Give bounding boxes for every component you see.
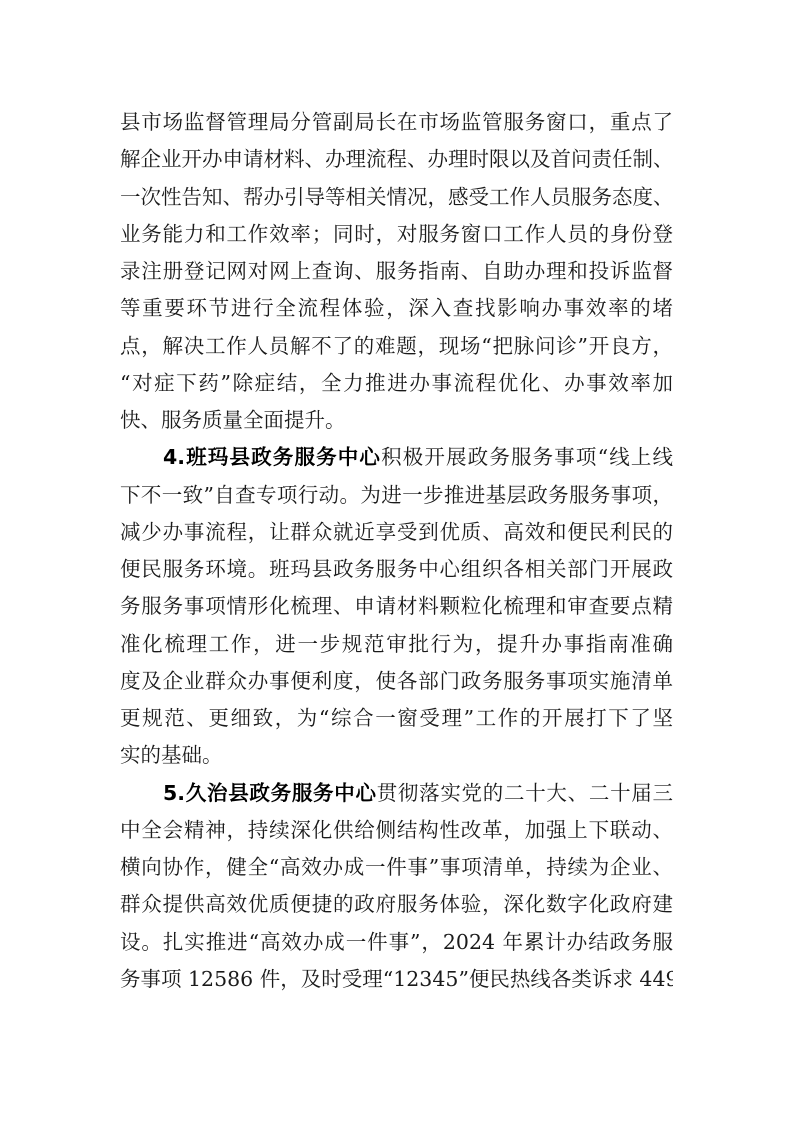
- text-line: 减少办事流程，让群众就近享受到优质、高效和便民利民的: [120, 514, 673, 551]
- body-text: 县市场监督管理局分管副局长在市场监管服务窗口，重点了 解企业开办申请材料、办理流…: [120, 104, 673, 998]
- paragraph-banma-county: 4.班玛县政务服务中心积极开展政务服务事项“线上线 下不一致”自查专项行动。为进…: [120, 439, 673, 774]
- text-line: 录注册登记网对网上查询、服务指南、自助办理和投诉监督: [120, 253, 673, 290]
- document-page: 县市场监督管理局分管副局长在市场监管服务窗口，重点了 解企业开办申请材料、办理流…: [0, 0, 793, 1122]
- text-line: 群众提供高效优质便捷的政府服务体验，深化数字化政府建: [120, 886, 673, 923]
- text-line: 横向协作，健全“高效办成一件事”事项清单，持续为企业、: [120, 849, 673, 886]
- text-line: 准化梳理工作，进一步规范审批行为，提升办事指南准确: [120, 626, 673, 663]
- text-line: 快、服务质量全面提升。: [120, 402, 673, 439]
- text-line: 一次性告知、帮办引导等相关情况，感受工作人员服务态度、: [120, 179, 673, 216]
- section-heading: 5.久治县政务服务中心: [163, 781, 377, 805]
- text-line: 解企业开办申请材料、办理流程、办理时限以及首问责任制、: [120, 141, 673, 178]
- text-line: 便民服务环境。班玛县政务服务中心组织各相关部门开展政: [120, 551, 673, 588]
- paragraph-jiuzhi-county: 5.久治县政务服务中心贯彻落实党的二十大、二十届三 中全会精神，持续深化供给侧结…: [120, 775, 673, 999]
- text-line: 点，解决工作人员解不了的难题，现场“把脉问诊”开良方，: [120, 328, 673, 365]
- text-line: 等重要环节进行全流程体验，深入查找影响办事效率的堵: [120, 290, 673, 327]
- text-line: 务服务事项情形化梳理、申请材料颗粒化梳理和审查要点精: [120, 588, 673, 625]
- text-line: 设。扎实推进“高效办成一件事”，2024 年累计办结政务服: [120, 924, 673, 961]
- paragraph-first-line: 5.久治县政务服务中心贯彻落实党的二十大、二十届三: [120, 775, 673, 812]
- paragraph-first-line: 4.班玛县政务服务中心积极开展政务服务事项“线上线: [120, 439, 673, 476]
- text-line: 实的基础。: [120, 737, 673, 774]
- text-line: 务事项 12586 件，及时受理“12345”便民热线各类诉求 449: [120, 961, 673, 998]
- section-heading: 4.班玛县政务服务中心: [163, 445, 381, 469]
- text-run: 积极开展政务服务事项“线上线: [381, 445, 673, 469]
- paragraph-market-supervision: 县市场监督管理局分管副局长在市场监管服务窗口，重点了 解企业开办申请材料、办理流…: [120, 104, 673, 439]
- text-line: 度及企业群众办事便利度，使各部门政务服务事项实施清单: [120, 663, 673, 700]
- text-line: 业务能力和工作效率；同时，对服务窗口工作人员的身份登: [120, 216, 673, 253]
- text-line: “对症下药”除症结，全力推进办事流程优化、办事效率加: [120, 365, 673, 402]
- text-line: 中全会精神，持续深化供给侧结构性改革，加强上下联动、: [120, 812, 673, 849]
- text-line: 下不一致”自查专项行动。为进一步推进基层政务服务事项，: [120, 477, 673, 514]
- text-line: 县市场监督管理局分管副局长在市场监管服务窗口，重点了: [120, 104, 673, 141]
- text-line: 更规范、更细致，为“综合一窗受理”工作的开展打下了坚: [120, 700, 673, 737]
- text-run: 贯彻落实党的二十大、二十届三: [377, 781, 673, 805]
